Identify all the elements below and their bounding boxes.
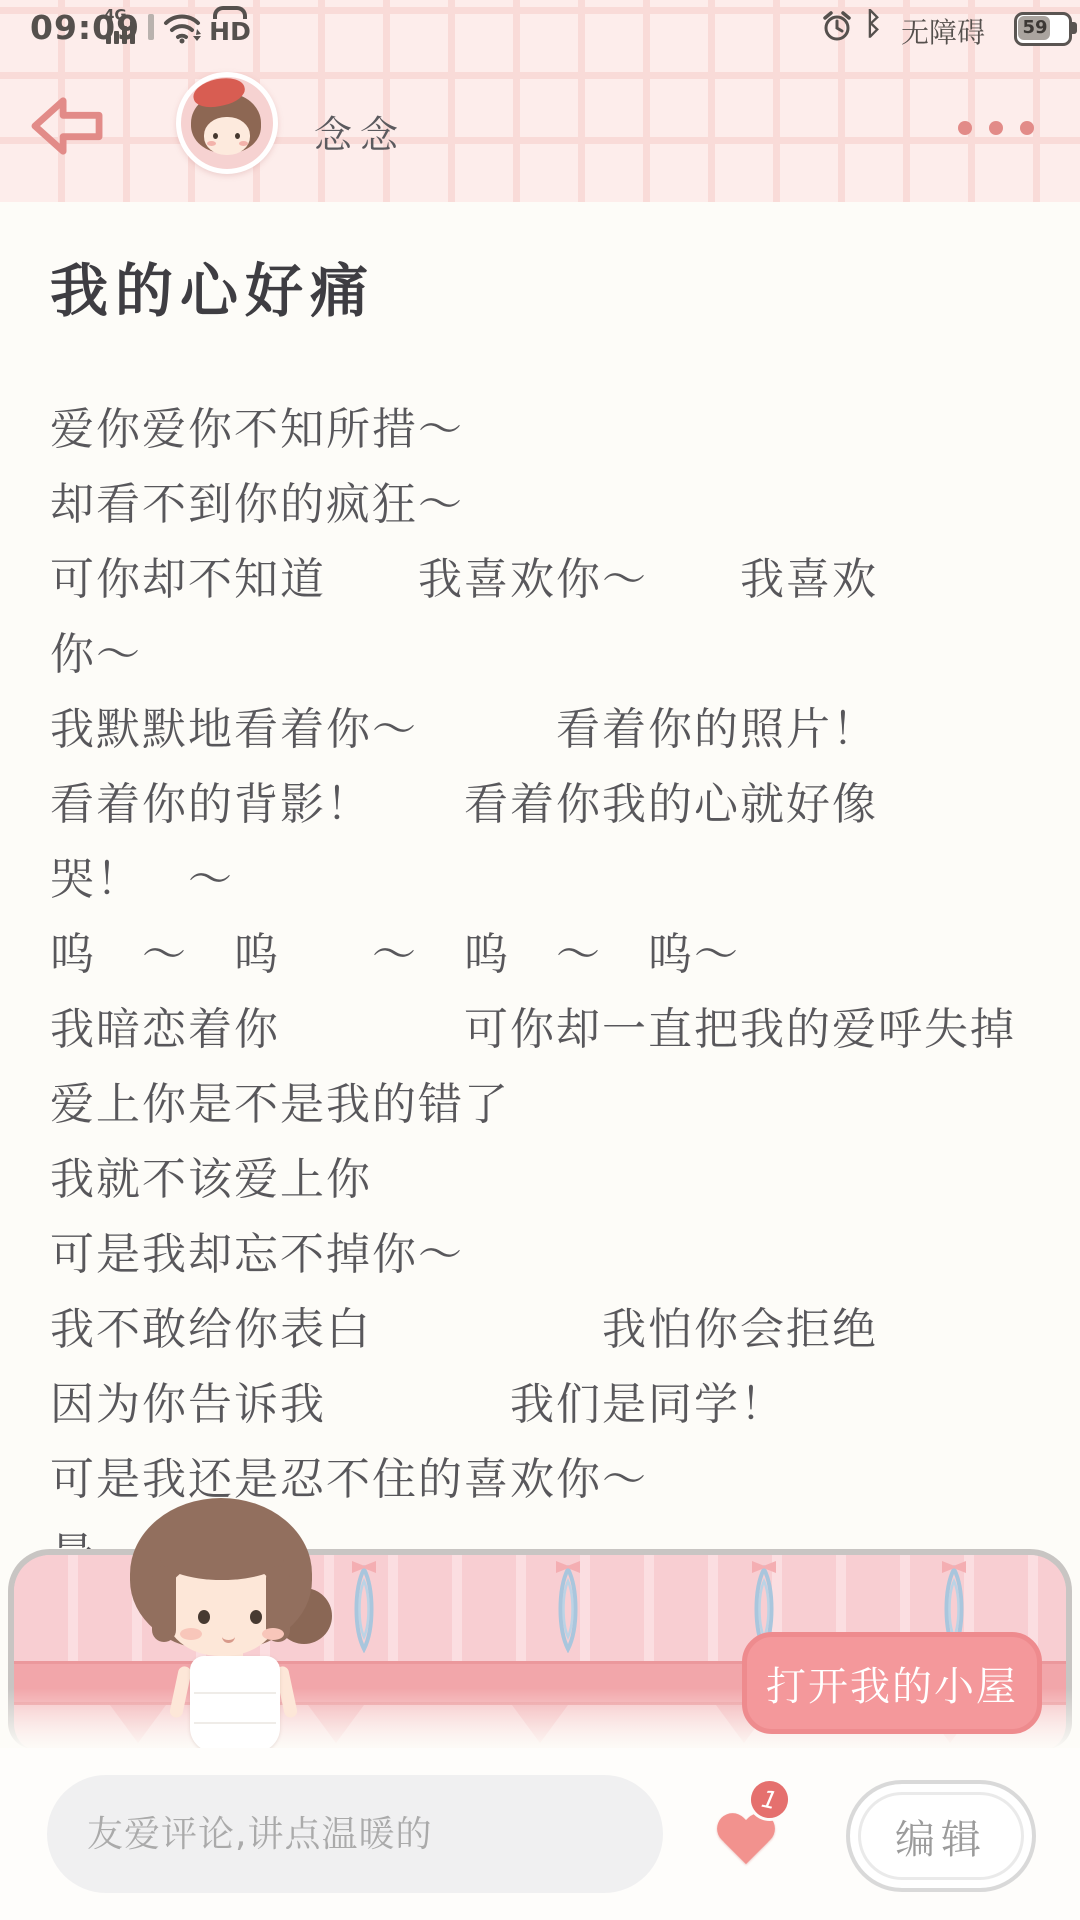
dot-icon (989, 121, 1003, 135)
dot-icon (1020, 121, 1034, 135)
post-line: 可是我却忘不掉你～ (50, 1217, 1060, 1292)
post-line: 我暗恋着你 可你却一直把我的爱呼失掉 (50, 992, 1060, 1067)
open-my-house-label: 打开我的小屋 (766, 1655, 1018, 1712)
mascot-eye (198, 1610, 210, 1624)
mascot-eye (250, 1610, 262, 1624)
mascot-dress (190, 1656, 280, 1752)
bluetooth-icon: ᛒ (864, 6, 883, 42)
post-line: 爱你爱你不知所措～ (50, 392, 1060, 467)
wifi-icon (163, 10, 205, 48)
post-line: 可你却不知道 我喜欢你～ 我喜欢 (50, 542, 1060, 617)
sim2-signal-icon (148, 14, 154, 40)
post-body: 爱你爱你不知所措～ 却看不到你的疯狂～ 可你却不知道 我喜欢你～ 我喜欢 你～ … (50, 392, 1060, 1592)
post-title: 我的心好痛 (50, 244, 375, 328)
page-title-username: 念念 (314, 104, 406, 159)
back-button[interactable] (28, 92, 106, 160)
post-line: 你～ (50, 617, 1060, 692)
accessibility-label: 无障碍 (901, 11, 985, 51)
cellular-signal-icon: 4G (104, 8, 144, 44)
post-line: 我就不该爱上你 (50, 1142, 1060, 1217)
open-my-house-button[interactable]: 打开我的小屋 (742, 1632, 1042, 1734)
post-line: 因为你告诉我 我们是同学！ (50, 1367, 1060, 1442)
post-line: 爱上你是不是我的错了 (50, 1067, 1060, 1142)
post-line: 我不敢给你表白 我怕你会拒绝 (50, 1292, 1060, 1367)
post-line: 哭！ ～ (50, 842, 1060, 917)
battery-indicator: 59 (1014, 12, 1072, 46)
post-line: 呜 ～ 呜 ～ 呜 ～ 呜～ (50, 917, 1060, 992)
edit-button[interactable]: 编辑 (846, 1780, 1036, 1892)
post-line: 看着你的背影！ 看着你我的心就好像 (50, 767, 1060, 842)
wallpaper-ornament (548, 1565, 588, 1657)
post-line: 我默默地看着你～ 看着你的照片！ (50, 692, 1060, 767)
like-heart-button[interactable] (716, 1814, 776, 1868)
battery-percent: 59 (1020, 17, 1050, 38)
dot-icon (958, 121, 972, 135)
edit-button-label: 编辑 (895, 1808, 987, 1865)
mascot-character (128, 1498, 340, 1754)
back-arrow-icon (28, 92, 106, 160)
avatar-face (204, 117, 250, 155)
comment-input[interactable] (47, 1775, 663, 1893)
more-options-button[interactable] (958, 120, 1034, 136)
status-bar: 09:09 4G HD ᛒ 无障碍 59 (0, 0, 1080, 52)
user-avatar[interactable] (176, 72, 278, 174)
wallpaper-ornament (344, 1565, 384, 1657)
post-line: 却看不到你的疯狂～ (50, 467, 1060, 542)
volte-hd-icon: HD (208, 6, 252, 45)
bottom-action-bar: 1 编辑 (0, 1748, 1080, 1920)
alarm-clock-icon (821, 10, 853, 46)
